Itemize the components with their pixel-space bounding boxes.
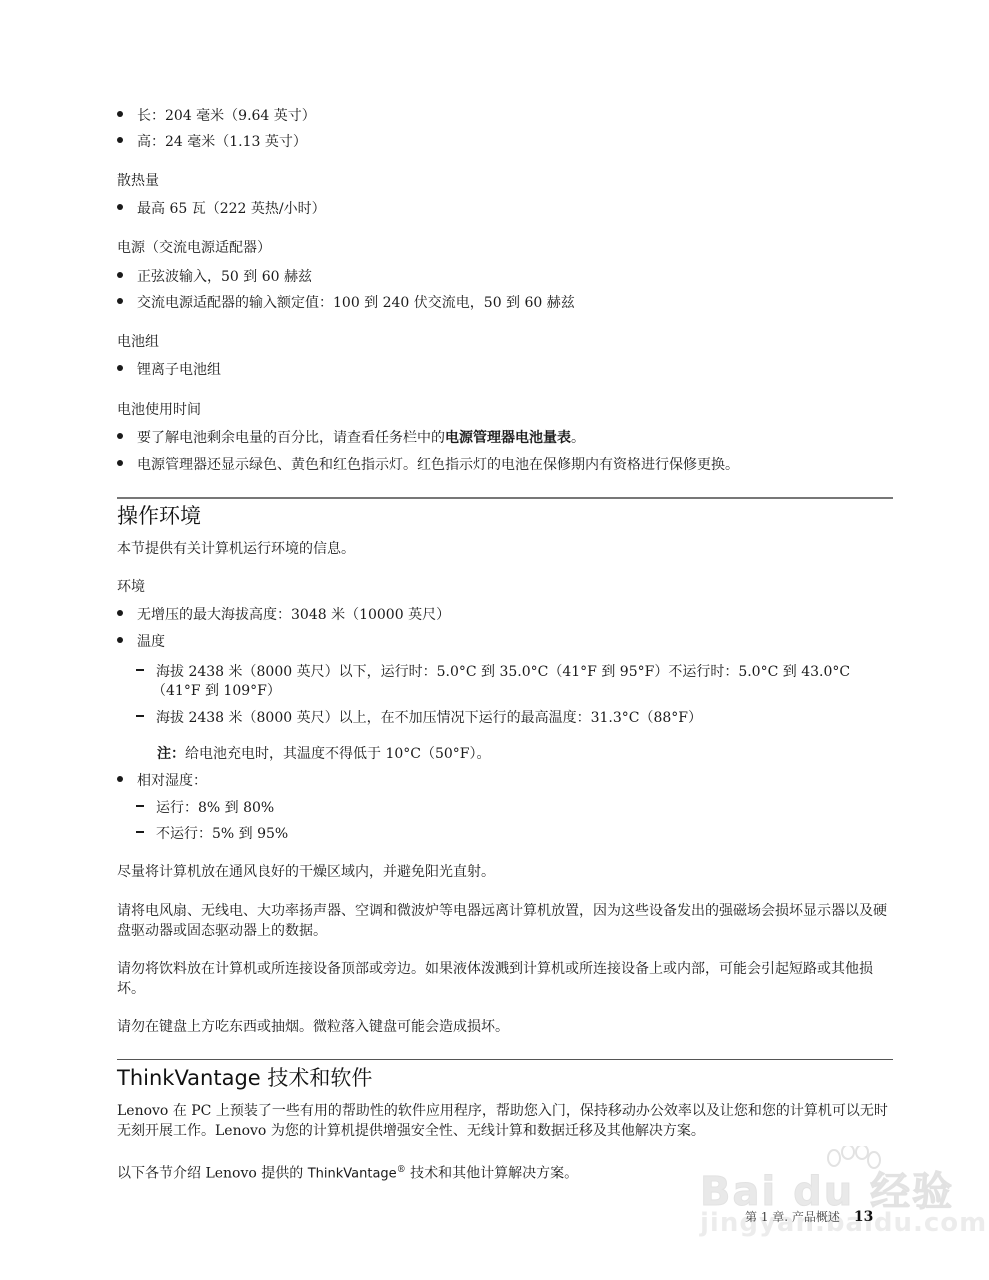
bullet-icon: [117, 776, 123, 782]
paragraph-magnetic-fields: 请将电风扇、无线电、大功率扬声器、空调和微波炉等电器远离计算机放置，因为这些设备…: [117, 901, 895, 941]
bullet-icon: [117, 204, 123, 210]
list-item-text: 锂离子电池组: [137, 362, 221, 378]
sub-item-temp-above-2438: 海拔 2438 米（8000 英尺）以上，在不加压情况下运行的最高温度：31.3…: [136, 709, 702, 727]
document-page: 长：204 毫米（9.64 英寸） 高：24 毫米（1.13 英寸） 散热量 最…: [0, 0, 989, 1280]
list-item-li-ion: 锂离子电池组: [117, 361, 221, 379]
list-item-length: 长：204 毫米（9.64 英寸）: [117, 107, 316, 125]
paragraph-thinkvantage-intro: 以下各节介绍 Lenovo 提供的 ThinkVantage® 技术和其他计算解…: [117, 1160, 895, 1185]
list-item-text: 最高 65 瓦（222 英热/小时）: [137, 201, 326, 217]
section-label-environment: 环境: [117, 578, 145, 596]
bullet-icon: [117, 137, 123, 143]
sub-item-humidity-operating: 运行：8% 到 80%: [136, 799, 274, 817]
list-item-text: 要了解电池剩余电量的百分比，请查看任务栏中的: [137, 430, 445, 446]
list-item-altitude: 无增压的最大海拔高度：3048 米（10000 英尺）: [117, 606, 450, 624]
list-item-text: 电源管理器还显示绿色、黄色和红色指示灯。红色指示灯的电池在保修期内有资格进行保修…: [137, 457, 739, 473]
bullet-icon: [117, 610, 123, 616]
list-item-indicator-lights: 电源管理器还显示绿色、黄色和红色指示灯。红色指示灯的电池在保修期内有资格进行保修…: [117, 456, 739, 474]
list-item-height: 高：24 毫米（1.13 英寸）: [117, 133, 307, 151]
section-label-heat-output: 散热量: [117, 172, 159, 190]
section-heading-operating-environment: 操作环境: [117, 503, 201, 529]
section-heading-thinkvantage: ThinkVantage 技术和软件: [117, 1065, 372, 1091]
section-label-power-source: 电源（交流电源适配器）: [117, 239, 271, 257]
note: 注：给电池充电时，其温度不得低于 10°C（50°F）。: [157, 745, 491, 763]
paragraph-keyboard: 请勿在键盘上方吃东西或抽烟。微粒落入键盘可能会造成损坏。: [117, 1017, 895, 1037]
power-manager-gauge-term: 电源管理器电池量表: [445, 430, 571, 446]
registered-mark: ®: [397, 1165, 406, 1175]
section-divider: [117, 1059, 893, 1060]
paragraph-lenovo-software: Lenovo 在 PC 上预装了一些有用的帮助性的软件应用程序，帮助您入门，保持…: [117, 1101, 895, 1141]
list-item-temperature: 温度: [117, 633, 165, 651]
bullet-icon: [117, 365, 123, 371]
sub-item-temp-below-2438: 海拔 2438 米（8000 英尺）以下，运行时：5.0°C 到 35.0°C（…: [136, 663, 850, 681]
dash-icon: [136, 805, 144, 807]
bullet-icon: [117, 272, 123, 278]
paragraph-liquids: 请勿将饮料放在计算机或所连接设备顶部或旁边。如果液体泼溅到计算机或所连接设备上或…: [117, 959, 895, 999]
list-item-adapter-rating: 交流电源适配器的输入额定值：100 到 240 伏交流电，50 到 60 赫兹: [117, 294, 575, 312]
list-item-text: 无增压的最大海拔高度：3048 米（10000 英尺）: [137, 607, 450, 623]
list-item-heat: 最高 65 瓦（222 英热/小时）: [117, 200, 326, 218]
sub-item-text: 运行：8% 到 80%: [156, 800, 274, 816]
paragraph-ventilation: 尽量将计算机放在通风良好的干燥区域内，并避免阳光直射。: [117, 862, 895, 882]
list-item-text: 相对湿度：: [137, 773, 207, 789]
list-item-text: 高：24 毫米（1.13 英寸）: [137, 134, 307, 150]
sub-item-text: 海拔 2438 米（8000 英尺）以上，在不加压情况下运行的最高温度：31.3…: [156, 710, 702, 726]
sub-item-text: 海拔 2438 米（8000 英尺）以下，运行时：5.0°C 到 35.0°C（…: [156, 664, 850, 680]
list-item-battery-percent: 要了解电池剩余电量的百分比，请查看任务栏中的电源管理器电池量表。: [117, 429, 585, 447]
list-item-text: 温度: [137, 634, 165, 650]
list-item-humidity: 相对湿度：: [117, 772, 207, 790]
chapter-label: 第 1 章. 产品概述: [745, 1210, 840, 1224]
paragraph-text: 以下各节介绍 Lenovo 提供的: [117, 1166, 308, 1182]
page-footer: 第 1 章. 产品概述13: [745, 1208, 873, 1225]
paragraph-text: 技术和其他计算解决方案。: [406, 1166, 578, 1182]
note-text: 给电池充电时，其温度不得低于 10°C（50°F）。: [185, 746, 491, 762]
section-label-battery-pack: 电池组: [117, 333, 159, 351]
bullet-icon: [117, 111, 123, 117]
list-item-sine-wave: 正弦波输入，50 到 60 赫兹: [117, 268, 312, 286]
bullet-icon: [117, 433, 123, 439]
section-divider: [117, 497, 893, 499]
list-item-text: 正弦波输入，50 到 60 赫兹: [137, 269, 312, 285]
list-item-text: 。: [571, 430, 585, 446]
sub-item-text-continued: （41°F 到 109°F）: [152, 682, 281, 700]
list-item-text: 长：204 毫米（9.64 英寸）: [137, 108, 316, 124]
bullet-icon: [117, 298, 123, 304]
dash-icon: [136, 669, 144, 671]
bullet-icon: [117, 637, 123, 643]
thinkvantage-brand: ThinkVantage: [308, 1167, 397, 1182]
dash-icon: [136, 831, 144, 833]
dash-icon: [136, 715, 144, 717]
sub-item-text: 不运行：5% 到 95%: [156, 826, 288, 842]
bullet-icon: [117, 460, 123, 466]
sub-item-humidity-non-operating: 不运行：5% 到 95%: [136, 825, 288, 843]
note-label: 注：: [157, 746, 185, 762]
section-intro: 本节提供有关计算机运行环境的信息。: [117, 540, 355, 558]
list-item-text: 交流电源适配器的输入额定值：100 到 240 伏交流电，50 到 60 赫兹: [137, 295, 575, 311]
page-number: 13: [854, 1209, 873, 1225]
section-label-battery-life: 电池使用时间: [117, 401, 201, 419]
